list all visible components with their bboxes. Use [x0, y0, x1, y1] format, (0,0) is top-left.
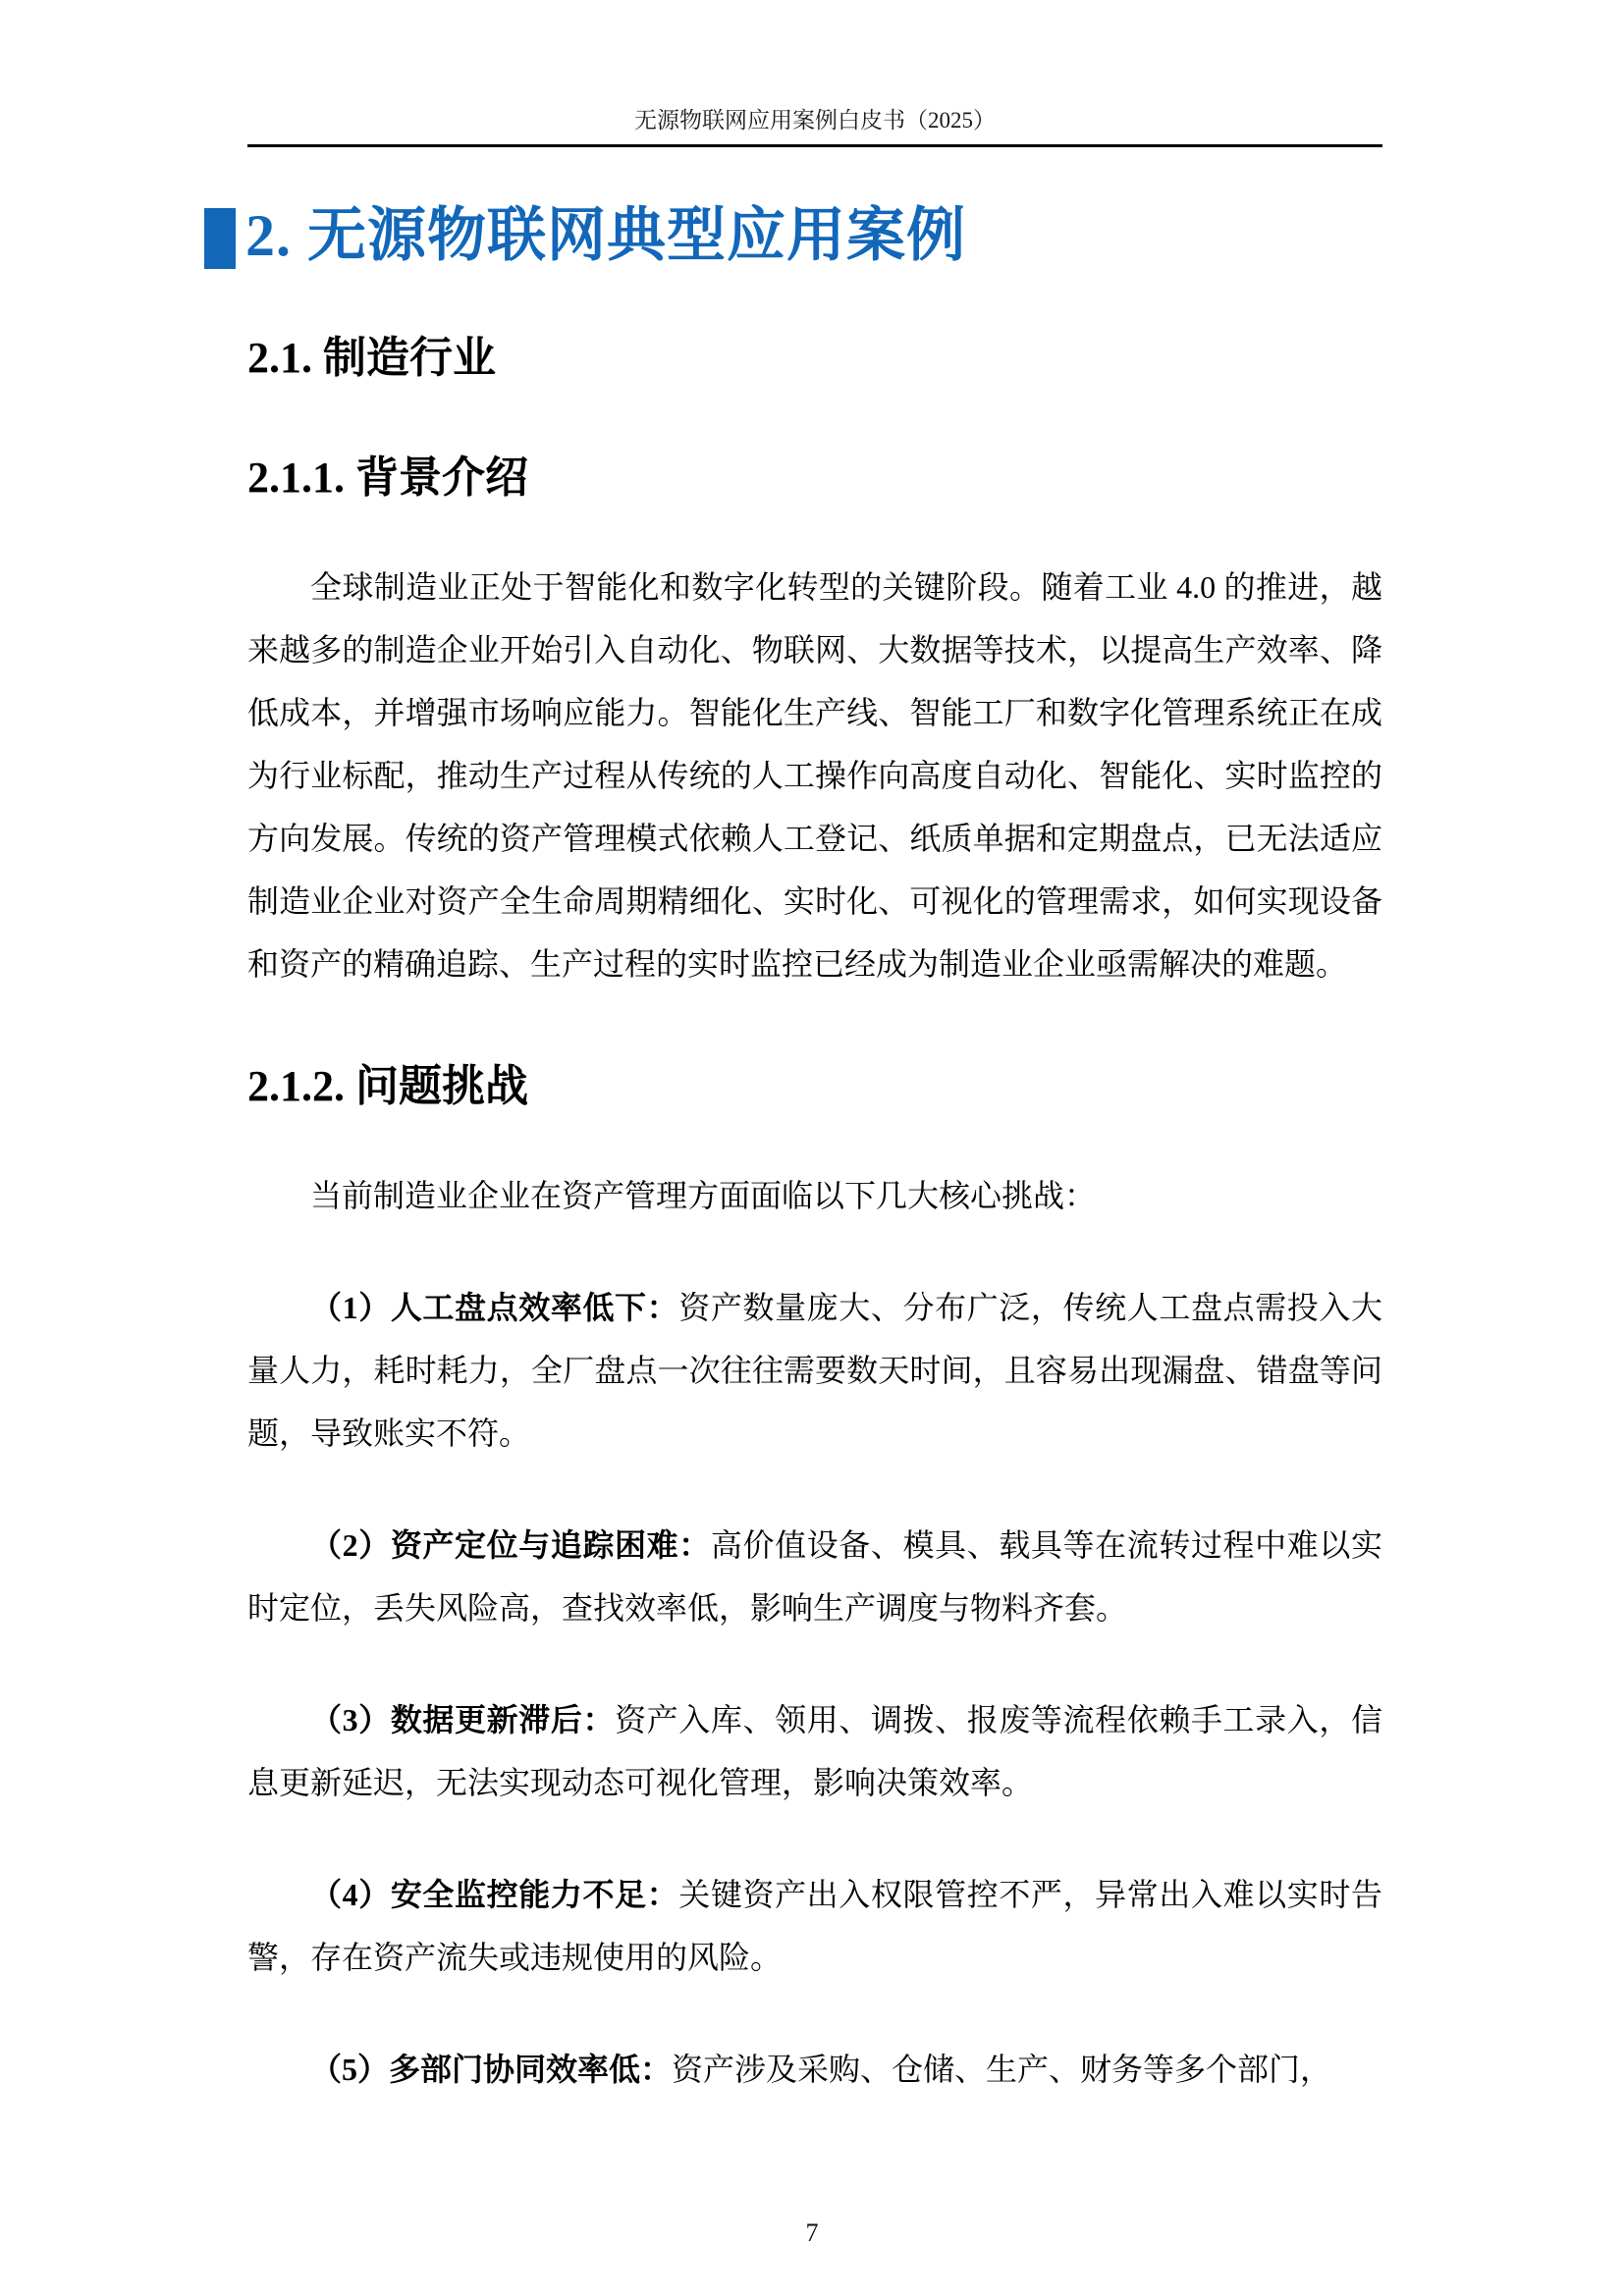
page-content: 无源物联网应用案例白皮书（2025） 2. 无源物联网典型应用案例 2.1. 制…: [0, 0, 1624, 2101]
header-rule: [247, 144, 1382, 147]
challenge-item-3-lead: （3）数据更新滞后：: [310, 1702, 615, 1737]
challenge-item-4: （4）安全监控能力不足：关键资产出入权限管控不严，异常出入难以实时告警，存在资产…: [247, 1863, 1382, 1989]
background-paragraph: 全球制造业正处于智能化和数字化转型的关键阶段。随着工业 4.0 的推进，越来越多…: [247, 556, 1382, 995]
challenge-item-4-lead: （4）安全监控能力不足：: [310, 1877, 678, 1912]
challenge-item-1-lead: （1）人工盘点效率低下：: [310, 1290, 678, 1325]
running-header: 无源物联网应用案例白皮书（2025）: [247, 0, 1382, 147]
challenge-item-1: （1）人工盘点效率低下：资产数量庞大、分布广泛，传统人工盘点需投入大量人力，耗时…: [247, 1276, 1382, 1465]
subsection-heading-background: 2.1.1. 背景介绍: [247, 450, 1382, 507]
heading-accent-bar: [204, 208, 236, 269]
challenge-item-5-lead: （5）多部门协同效率低：: [310, 2052, 672, 2087]
challenge-item-5: （5）多部门协同效率低：资产涉及采购、仓储、生产、财务等多个部门，: [247, 2038, 1382, 2101]
challenges-intro: 当前制造业企业在资产管理方面面临以下几大核心挑战：: [247, 1164, 1382, 1227]
challenge-item-3: （3）数据更新滞后：资产入库、领用、调拨、报废等流程依赖手工录入，信息更新延迟，…: [247, 1688, 1382, 1814]
challenge-item-5-text: 资产涉及采购、仓储、生产、财务等多个部门，: [672, 2052, 1331, 2087]
chapter-title: 2. 无源物联网典型应用案例: [245, 198, 966, 273]
chapter-title-row: 2. 无源物联网典型应用案例: [204, 198, 1382, 273]
section-heading-manufacturing: 2.1. 制造行业: [247, 330, 1382, 387]
page-number: 7: [0, 2218, 1624, 2248]
subsection-heading-challenges: 2.1.2. 问题挑战: [247, 1058, 1382, 1115]
document-page: 无源物联网应用案例白皮书（2025） 2. 无源物联网典型应用案例 2.1. 制…: [0, 0, 1624, 2296]
challenge-item-2: （2）资产定位与追踪困难：高价值设备、模具、载具等在流转过程中难以实时定位，丢失…: [247, 1514, 1382, 1639]
running-header-title: 无源物联网应用案例白皮书（2025）: [247, 104, 1382, 137]
challenge-item-2-lead: （2）资产定位与追踪困难：: [310, 1527, 711, 1563]
